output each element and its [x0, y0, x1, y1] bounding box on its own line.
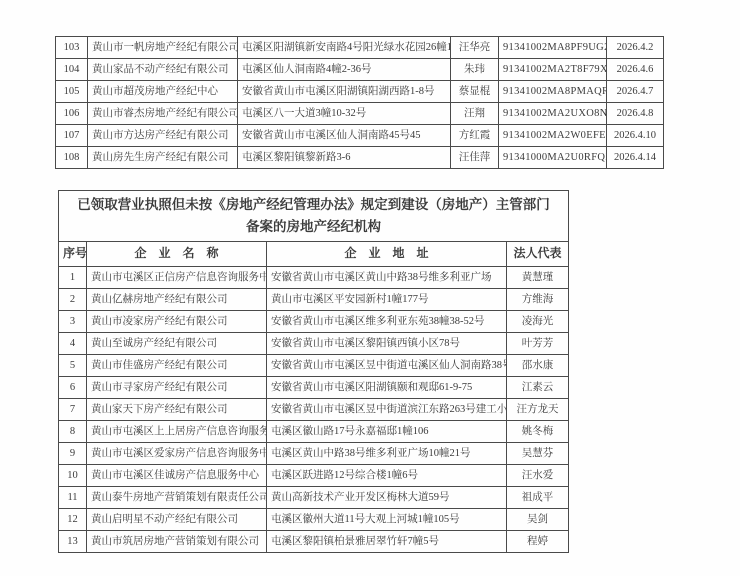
row-number-cell: 13	[59, 531, 87, 553]
table-row: 7 黄山家天下房产经纪有限公司 安徽省黄山市屯溪区昱中街道滨江东路263号建工小…	[59, 399, 569, 421]
company-address-cell: 安徽省黄山市屯溪区黄山中路38号维多利亚广场	[267, 267, 507, 289]
company-name-cell: 黄山市方达房产经纪有限公司	[88, 125, 238, 147]
row-number-cell: 103	[56, 37, 88, 59]
table-row: 107 黄山市方达房产经纪有限公司 安徽省黄山市屯溪区仙人洞南路45号45 方红…	[56, 125, 664, 147]
table-row: 3 黄山市凌家房产经纪有限公司 安徽省黄山市屯溪区维多利亚东苑38幢38-52号…	[59, 311, 569, 333]
company-name-cell: 黄山启明星不动产经纪有限公司	[87, 509, 267, 531]
row-number-cell: 6	[59, 377, 87, 399]
company-name-cell: 黄山亿赫房地产经纪有限公司	[87, 289, 267, 311]
company-name-cell: 黄山家天下房产经纪有限公司	[87, 399, 267, 421]
registered-agencies-table-body: 103 黄山市一帆房地产经纪有限公司 屯溪区阳湖镇新安南路4号阳光绿水花园26幢…	[56, 37, 664, 169]
table-row: 13 黄山市筑居房地产营销策划有限公司 屯溪区黎阳镇柏景雅居翠竹轩7幢5号 程婷	[59, 531, 569, 553]
table-row: 1 黄山市屯溪区正信房产信息咨询服务中心 安徽省黄山市屯溪区黄山中路38号维多利…	[59, 267, 569, 289]
table-row: 8 黄山市屯溪区上上居房产信息咨询服务中心 屯溪区徽山路17号永嘉福邸1幢106…	[59, 421, 569, 443]
company-address-cell: 屯溪区徽山路17号永嘉福邸1幢106	[267, 421, 507, 443]
row-number-cell: 11	[59, 487, 87, 509]
company-address-cell: 屯溪区黎阳镇柏景雅居翠竹轩7幢5号	[267, 531, 507, 553]
row-number-cell: 106	[56, 103, 88, 125]
company-name-cell: 黄山市凌家房产经纪有限公司	[87, 311, 267, 333]
company-address-cell: 屯溪区跃进路12号综合楼1幢6号	[267, 465, 507, 487]
company-name-cell: 黄山至诚房产经纪有限公司	[87, 333, 267, 355]
company-name-cell: 黄山市一帆房地产经纪有限公司	[88, 37, 238, 59]
legal-rep-cell: 汪翔	[451, 103, 499, 125]
credit-code-cell: 91341000MA2U0RFQX6	[499, 147, 607, 169]
legal-rep-cell: 江素云	[507, 377, 569, 399]
company-address-cell: 屯溪区阳湖镇新安南路4号阳光绿水花园26幢109号	[238, 37, 451, 59]
table-row: 5 黄山市佳盛房产经纪有限公司 安徽省黄山市屯溪区昱中街道屯溪区仙人洞南路38号…	[59, 355, 569, 377]
company-address-cell: 安徽省黄山市屯溪区阳湖镇阳湖西路1-8号	[238, 81, 451, 103]
legal-rep-cell: 吴剑	[507, 509, 569, 531]
table-row: 10 黄山市屯溪区佳诚房产信息服务中心 屯溪区跃进路12号综合楼1幢6号 汪水爱	[59, 465, 569, 487]
row-number-cell: 4	[59, 333, 87, 355]
legal-rep-cell: 姚冬梅	[507, 421, 569, 443]
legal-rep-cell: 蔡显棍	[451, 81, 499, 103]
license-date-cell: 2026.4.10	[607, 125, 664, 147]
company-address-cell: 黄山市屯溪区平安园新村1幢177号	[267, 289, 507, 311]
table-row: 103 黄山市一帆房地产经纪有限公司 屯溪区阳湖镇新安南路4号阳光绿水花园26幢…	[56, 37, 664, 59]
company-name-cell: 黄山家品不动产经纪有限公司	[88, 59, 238, 81]
company-address-cell: 屯溪区仙人洞南路4幢2-36号	[238, 59, 451, 81]
company-address-cell: 黄山高新技术产业开发区梅林大道59号	[267, 487, 507, 509]
table-title: 已领取营业执照但未按《房地产经纪管理办法》规定到建设（房地产）主管部门 备案的房…	[59, 191, 569, 242]
table-row: 11 黄山泰牛房地产营销策划有限责任公司 黄山高新技术产业开发区梅林大道59号 …	[59, 487, 569, 509]
row-number-cell: 2	[59, 289, 87, 311]
row-number-cell: 3	[59, 311, 87, 333]
table-row: 108 黄山房先生房产经纪有限公司 屯溪区黎阳镇黎新路3-6 汪佳萍 91341…	[56, 147, 664, 169]
legal-rep-cell: 邵水康	[507, 355, 569, 377]
table-row: 104 黄山家品不动产经纪有限公司 屯溪区仙人洞南路4幢2-36号 朱玮 913…	[56, 59, 664, 81]
company-name-cell: 黄山泰牛房地产营销策划有限责任公司	[87, 487, 267, 509]
license-date-cell: 2026.4.7	[607, 81, 664, 103]
company-name-cell: 黄山市屯溪区正信房产信息咨询服务中心	[87, 267, 267, 289]
company-name-cell: 黄山市睿杰房地产经纪有限公司	[88, 103, 238, 125]
row-number-cell: 7	[59, 399, 87, 421]
row-number-cell: 1	[59, 267, 87, 289]
header-legal-rep: 法人代表	[507, 242, 569, 267]
legal-rep-cell: 汪水爱	[507, 465, 569, 487]
legal-rep-cell: 汪佳萍	[451, 147, 499, 169]
row-number-cell: 12	[59, 509, 87, 531]
legal-rep-cell: 汪华亮	[451, 37, 499, 59]
row-number-cell: 10	[59, 465, 87, 487]
company-name-cell: 黄山市超茂房地产经纪中心	[88, 81, 238, 103]
table-header-row: 序号 企 业 名 称 企 业 地 址 法人代表	[59, 242, 569, 267]
row-number-cell: 8	[59, 421, 87, 443]
table-row: 4 黄山至诚房产经纪有限公司 安徽省黄山市屯溪区黎阳镇西镇小区78号 叶芳芳	[59, 333, 569, 355]
table-row: 12 黄山启明星不动产经纪有限公司 屯溪区徽州大道11号大观上河城1幢105号 …	[59, 509, 569, 531]
table-row: 2 黄山亿赫房地产经纪有限公司 黄山市屯溪区平安园新村1幢177号 方维海	[59, 289, 569, 311]
table-row: 105 黄山市超茂房地产经纪中心 安徽省黄山市屯溪区阳湖镇阳湖西路1-8号 蔡显…	[56, 81, 664, 103]
row-number-cell: 107	[56, 125, 88, 147]
legal-rep-cell: 朱玮	[451, 59, 499, 81]
company-address-cell: 安徽省黄山市屯溪区阳湖镇颐和观邸61-9-75	[267, 377, 507, 399]
legal-rep-cell: 方维海	[507, 289, 569, 311]
company-name-cell: 黄山市寻家房产经纪有限公司	[87, 377, 267, 399]
company-address-cell: 安徽省黄山市屯溪区黎阳镇西镇小区78号	[267, 333, 507, 355]
legal-rep-cell: 方红霞	[451, 125, 499, 147]
table-row: 6 黄山市寻家房产经纪有限公司 安徽省黄山市屯溪区阳湖镇颐和观邸61-9-75 …	[59, 377, 569, 399]
unfiled-agencies-table: 已领取营业执照但未按《房地产经纪管理办法》规定到建设（房地产）主管部门 备案的房…	[58, 190, 569, 553]
credit-code-cell: 91341002MA2T8F79X9	[499, 59, 607, 81]
table-title-line2: 备案的房地产经纪机构	[65, 216, 562, 238]
header-company-address: 企 业 地 址	[267, 242, 507, 267]
company-name-cell: 黄山市屯溪区爱家房产信息咨询服务中心	[87, 443, 267, 465]
credit-code-cell: 91341002MA8PMAQR87	[499, 81, 607, 103]
table-title-row: 已领取营业执照但未按《房地产经纪管理办法》规定到建设（房地产）主管部门 备案的房…	[59, 191, 569, 242]
company-address-cell: 屯溪区黎阳镇黎新路3-6	[238, 147, 451, 169]
table-row: 106 黄山市睿杰房地产经纪有限公司 屯溪区八一大道3幢10-32号 汪翔 91…	[56, 103, 664, 125]
license-date-cell: 2026.4.6	[607, 59, 664, 81]
company-name-cell: 黄山市佳盛房产经纪有限公司	[87, 355, 267, 377]
legal-rep-cell: 凌海光	[507, 311, 569, 333]
company-address-cell: 安徽省黄山市屯溪区昱中街道滨江东路263号建工小区11号	[267, 399, 507, 421]
credit-code-cell: 91341002MA8PF9UG2N	[499, 37, 607, 59]
credit-code-cell: 91341002MA2UXO8N71	[499, 103, 607, 125]
company-name-cell: 黄山市屯溪区佳诚房产信息服务中心	[87, 465, 267, 487]
legal-rep-cell: 叶芳芳	[507, 333, 569, 355]
license-date-cell: 2026.4.14	[607, 147, 664, 169]
credit-code-cell: 91341002MA2W0EFE8T	[499, 125, 607, 147]
company-address-cell: 安徽省黄山市屯溪区仙人洞南路45号45	[238, 125, 451, 147]
table-row: 9 黄山市屯溪区爱家房产信息咨询服务中心 屯溪区黄山中路38号维多利亚广场10幢…	[59, 443, 569, 465]
header-company-name: 企 业 名 称	[87, 242, 267, 267]
legal-rep-cell: 黄慧瑾	[507, 267, 569, 289]
legal-rep-cell: 吴慧芬	[507, 443, 569, 465]
license-date-cell: 2026.4.8	[607, 103, 664, 125]
registered-agencies-table: 103 黄山市一帆房地产经纪有限公司 屯溪区阳湖镇新安南路4号阳光绿水花园26幢…	[55, 36, 664, 169]
table-title-line1: 已领取营业执照但未按《房地产经纪管理办法》规定到建设（房地产）主管部门	[65, 194, 562, 216]
document-page: 103 黄山市一帆房地产经纪有限公司 屯溪区阳湖镇新安南路4号阳光绿水花园26幢…	[0, 0, 740, 576]
row-number-cell: 108	[56, 147, 88, 169]
header-row-number: 序号	[59, 242, 87, 267]
legal-rep-cell: 祖成平	[507, 487, 569, 509]
company-name-cell: 黄山房先生房产经纪有限公司	[88, 147, 238, 169]
company-name-cell: 黄山市屯溪区上上居房产信息咨询服务中心	[87, 421, 267, 443]
company-name-cell: 黄山市筑居房地产营销策划有限公司	[87, 531, 267, 553]
unfiled-agencies-table-body: 已领取营业执照但未按《房地产经纪管理办法》规定到建设（房地产）主管部门 备案的房…	[59, 191, 569, 553]
row-number-cell: 105	[56, 81, 88, 103]
row-number-cell: 9	[59, 443, 87, 465]
company-address-cell: 安徽省黄山市屯溪区维多利亚东苑38幢38-52号	[267, 311, 507, 333]
company-address-cell: 屯溪区黄山中路38号维多利亚广场10幢21号	[267, 443, 507, 465]
company-address-cell: 安徽省黄山市屯溪区昱中街道屯溪区仙人洞南路38号38	[267, 355, 507, 377]
row-number-cell: 104	[56, 59, 88, 81]
legal-rep-cell: 程婷	[507, 531, 569, 553]
company-address-cell: 屯溪区徽州大道11号大观上河城1幢105号	[267, 509, 507, 531]
license-date-cell: 2026.4.2	[607, 37, 664, 59]
row-number-cell: 5	[59, 355, 87, 377]
legal-rep-cell: 汪方龙天	[507, 399, 569, 421]
company-address-cell: 屯溪区八一大道3幢10-32号	[238, 103, 451, 125]
